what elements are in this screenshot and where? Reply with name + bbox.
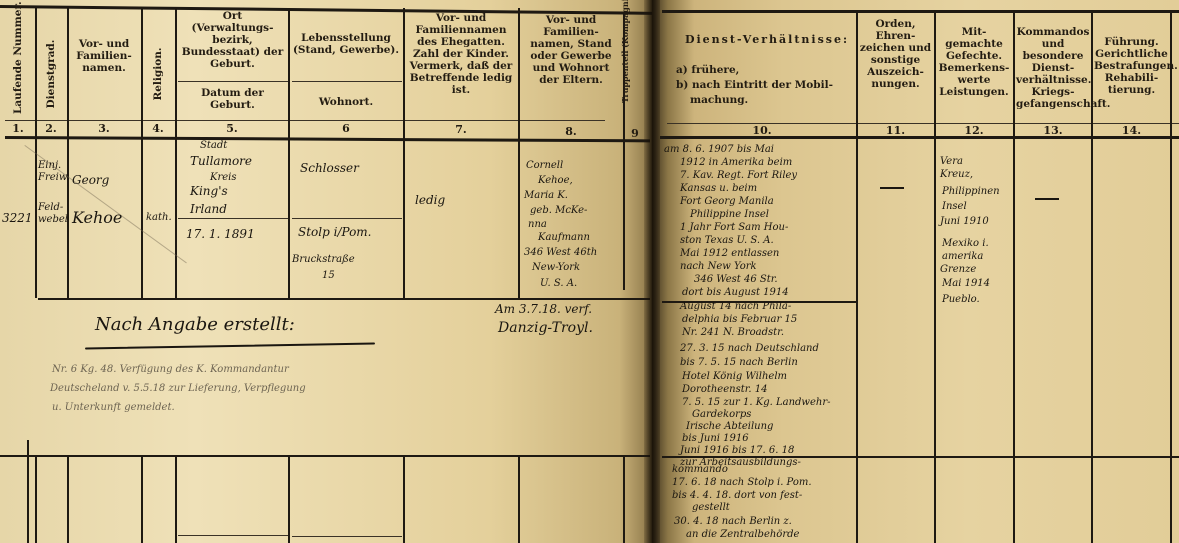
col-divider-5: [288, 8, 290, 298]
entry-parents-0: Cornell: [526, 158, 563, 173]
header-col6-bottom: Wohnort.: [292, 96, 400, 108]
remarks-faint-0: Nr. 6 Kg. 48. Verfügung des K. Kommandan…: [52, 362, 289, 377]
header-col2: Dienstgrad.: [45, 34, 57, 114]
header-col14: Führung. Gerichtliche Bestrafungen. Reha…: [1094, 36, 1169, 96]
col-divider-3: [141, 8, 143, 298]
entry-residence-0: Stolp i/Pom.: [298, 224, 372, 241]
col6-row-split: [292, 218, 402, 219]
entry-rank-1: Einj. Freiw.: [38, 160, 68, 184]
entry-birthplace-3: King's: [190, 183, 228, 200]
col5-row-split: [178, 218, 288, 219]
entry-birthplace-0: Stadt: [200, 138, 227, 153]
entry-parents-6: 346 West 46th: [524, 245, 597, 260]
col-num-1: 1.: [4, 122, 32, 135]
service-line: bis 7. 5. 15 nach Berlin: [680, 355, 798, 370]
header-col4: Religion.: [152, 34, 164, 114]
entry-bottom-rule: [38, 298, 650, 300]
header-col10-item-b2: machung.: [690, 94, 850, 106]
col-divider-11: [934, 12, 936, 543]
row-margin-line: [27, 440, 29, 543]
entry-parents-2: Maria K.: [524, 188, 568, 203]
header-col7: Vor- und Familiennamen des Ehegatten. Za…: [406, 12, 516, 96]
next-col-7: [518, 457, 520, 543]
entry-parents-5: Kaufmann: [538, 230, 590, 245]
col-divider-6: [403, 8, 405, 298]
col-num-8: 8.: [521, 125, 621, 138]
header-col10-title: Dienst-Verhältnisse:: [682, 34, 852, 46]
remarks-right-0: Am 3.7.18. verf.: [495, 301, 592, 318]
service-line: 27. 3. 15 nach Deutschland: [680, 341, 819, 356]
col6-split: [292, 81, 402, 82]
header-col8: Vor- und Familien- namen, Stand oder Gew…: [522, 14, 620, 86]
battles-line: Grenze: [940, 262, 976, 277]
header-num-rule: [5, 120, 605, 121]
top-rule-right: [662, 10, 1179, 13]
entry-parents-1: Kehoe,: [538, 173, 573, 188]
entry-parents-7: New-York: [532, 260, 580, 275]
entry-occupation: Schlosser: [300, 160, 359, 177]
entry-residence-2: 15: [322, 268, 335, 283]
service-line: Nr. 241 N. Broadstr.: [682, 325, 784, 340]
col-divider-2: [67, 8, 69, 298]
col-divider-12: [1013, 12, 1015, 543]
col-num-13: 13.: [1016, 124, 1090, 137]
col-num-10: 10.: [672, 124, 852, 137]
decorations-dash: [880, 187, 904, 189]
remarks-faint-1: Deutscheland v. 5.5.18 zur Lieferung, Ve…: [50, 381, 306, 396]
battles-line: Pueblo.: [942, 292, 980, 307]
col-num-6: 6: [291, 122, 401, 135]
col-num-9: 9: [625, 127, 645, 140]
col-divider-14: [1170, 12, 1172, 543]
book-gutter: [644, 0, 660, 543]
next-col-8: [623, 457, 625, 543]
entry-birth-date: 17. 1. 1891: [186, 226, 255, 243]
next-col-4: [175, 457, 177, 543]
entry-number: 3221: [2, 210, 33, 227]
entry-rank-2: Feld- webel: [38, 202, 68, 226]
battles-line: Philippinen: [942, 184, 1000, 199]
commands-dash: [1035, 198, 1059, 200]
next-col-1: [35, 457, 37, 543]
col-num-12: 12.: [937, 124, 1011, 137]
next-col-3: [141, 457, 143, 543]
col-num-4: 4.: [143, 122, 173, 135]
header-col5-bottom: Datum der Geburt.: [180, 87, 285, 111]
header-col5-top: Ort (Verwaltungs- bezirk, Bundesstaat) d…: [180, 10, 285, 70]
next-col6-split: [292, 536, 402, 537]
header-col11: Orden, Ehren- zeichen und sonstige Ausze…: [859, 18, 932, 90]
col-num-11: 11.: [859, 124, 932, 137]
remarks-bottom-rule: [0, 455, 650, 457]
remarks-faint-2: u. Unterkunft gemeldet.: [52, 400, 175, 415]
col-divider-13: [1091, 12, 1093, 543]
entry-religion: kath.: [146, 210, 172, 225]
service-line: gestellt: [692, 500, 730, 515]
next-col-6: [403, 457, 405, 543]
col-num-7: 7.: [406, 123, 516, 136]
header-col12: Mit- gemachte Gefechte. Bemerkens- werte…: [937, 26, 1011, 98]
left-page: Laufende Nummer. Dienstgrad. Vor- und Fa…: [0, 0, 652, 543]
service-line: an die Zentralbehörde: [686, 527, 799, 542]
right-page: Dienst-Verhältnisse: a) frühere, b) nach…: [652, 0, 1179, 543]
service-line: dort bis August 1914: [682, 285, 789, 300]
header-col10-item-b: b) nach Eintritt der Mobil-: [676, 79, 856, 91]
header-col10-item-a: a) frühere,: [676, 64, 856, 76]
entry-birthplace-1: Tullamore: [190, 153, 252, 170]
remarks-right-1: Danzig-Troyl.: [498, 320, 593, 337]
col-divider-10: [856, 12, 858, 543]
header-col6-top: Lebensstellung (Stand, Gewerbe).: [292, 32, 400, 56]
next-col-5: [288, 457, 290, 543]
col-num-2: 2.: [37, 122, 65, 135]
battles-line: Kreuz,: [940, 167, 973, 182]
next-col5-split: [178, 535, 288, 536]
header-col9: Truppenteil (Kompagnie, Eskadron).: [620, 7, 630, 103]
col-num-5: 5.: [178, 122, 286, 135]
entry-parents-3: geb. McKe-: [530, 203, 587, 218]
battles-line: Insel: [942, 199, 967, 214]
entry-birthplace-4: Irland: [190, 201, 227, 218]
header-col3: Vor- und Familien- namen.: [70, 38, 138, 74]
battles-line: Mai 1914: [942, 276, 990, 291]
entry-parents-8: U. S. A.: [540, 276, 577, 291]
entry-first-name: Georg: [72, 172, 109, 189]
entry-spouse: ledig: [415, 192, 445, 209]
header-col13: Kommandos und besondere Dienst- verhältn…: [1016, 26, 1090, 110]
col-num-3: 3.: [70, 122, 138, 135]
entry-last-name: Kehoe: [72, 208, 122, 227]
col-num-14: 14.: [1094, 124, 1169, 137]
remarks-heading-underline: [85, 342, 375, 349]
next-col-2: [67, 457, 69, 543]
battles-line: Juni 1910: [940, 214, 989, 229]
header-col1: Laufende Nummer.: [12, 14, 24, 114]
entry-residence-1: Bruckstraße: [292, 252, 355, 267]
col5-split: [178, 81, 288, 82]
remarks-heading: Nach Angabe erstellt:: [95, 314, 295, 335]
col-divider-7: [518, 8, 520, 298]
